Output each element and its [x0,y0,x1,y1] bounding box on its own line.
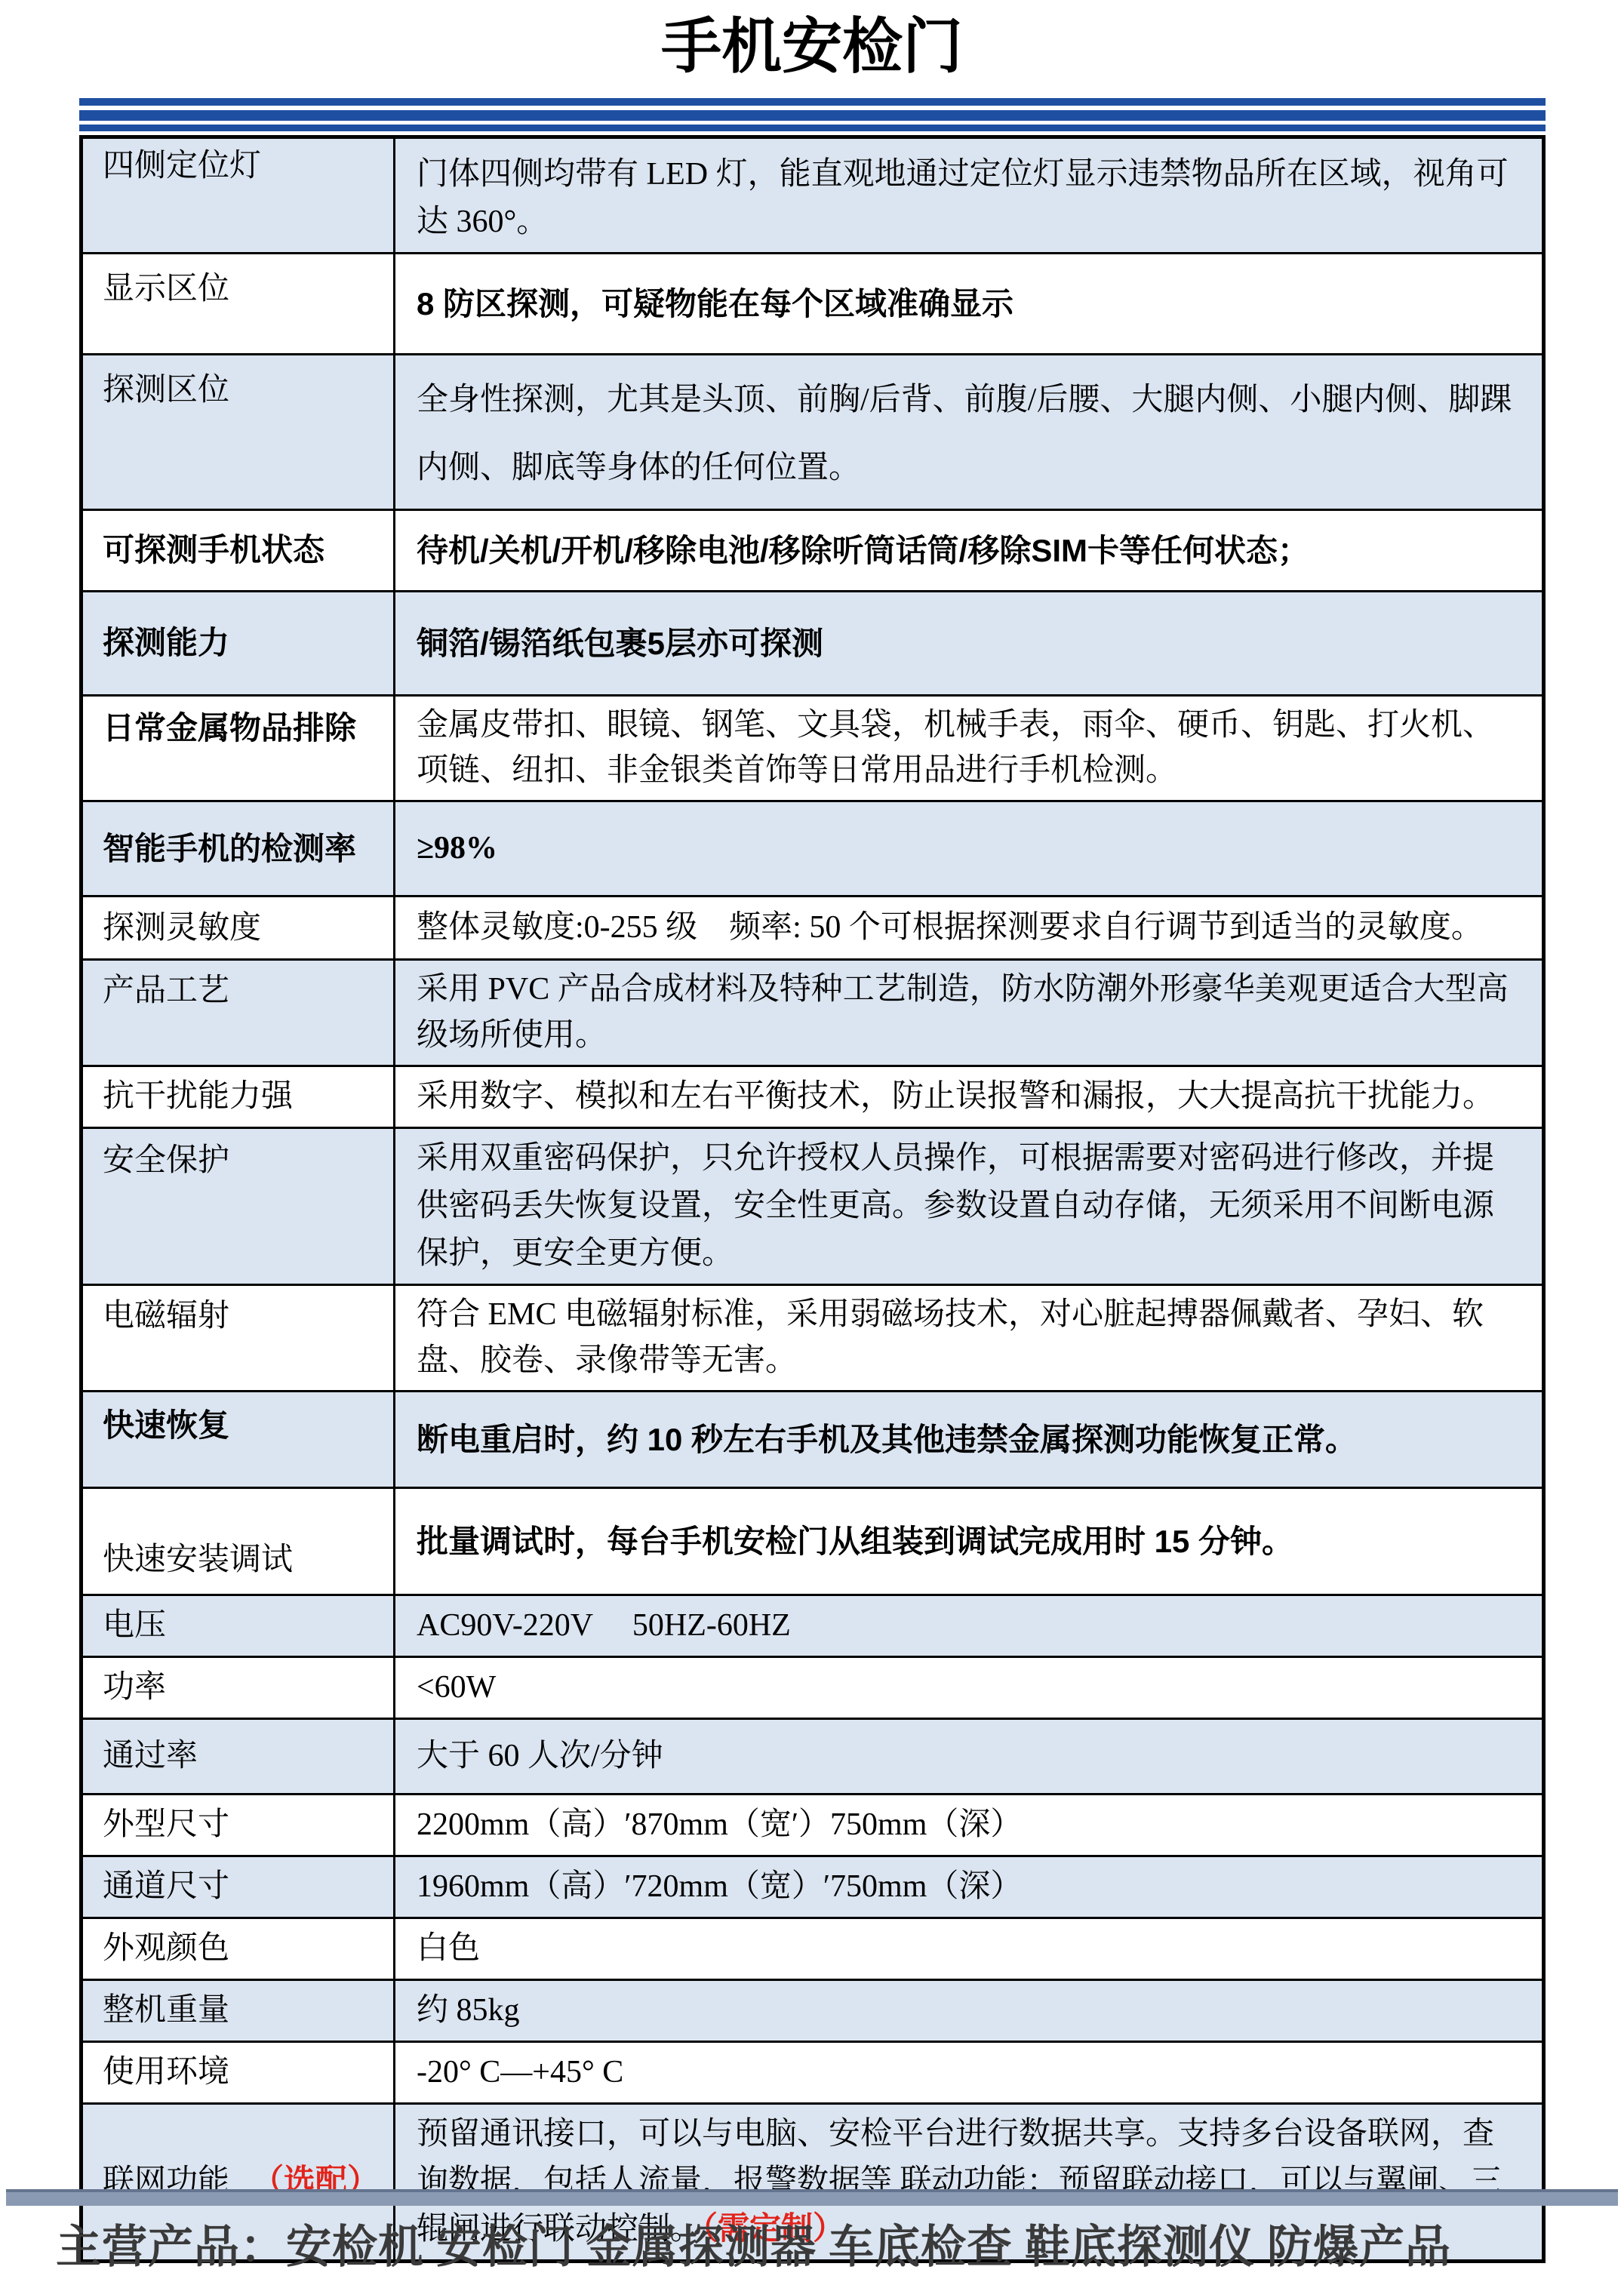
spec-value: 2200mm（高）′870mm（宽′）750mm（深） [395,1795,1544,1856]
spec-label-text: 可探测手机状态 [103,532,324,567]
spec-label-text: 快速恢复 [103,1407,229,1443]
spec-value-text: 2200mm（高）′870mm（宽′）750mm（深） [417,1807,1022,1842]
spec-row: 探测区位全身性探测，尤其是头顶、前胸/后背、前腹/后腰、大腿内侧、小腿内侧、脚踝… [82,355,1544,510]
spec-row: 可探测手机状态待机/关机/开机/移除电池/移除听筒话筒/移除SIM卡等任何状态； [82,509,1544,591]
header-rule-line-1 [79,98,1546,106]
spec-label-text: 显示区位 [103,272,229,306]
spec-value-text: 采用 PVC 产品合成材料及特种工艺制造，防水防潮外形豪华美观更适合大型高级场所… [417,972,1509,1053]
spec-label: 可探测手机状态 [82,509,395,591]
spec-value-text: 待机/关机/开机/移除电池/移除听筒话筒/移除SIM卡等任何状态； [417,533,1309,568]
spec-label-text: 外型尺寸 [103,1807,229,1842]
spec-label: 外观颜色 [82,1918,395,1980]
header-rule [79,98,1546,131]
spec-row: 产品工艺采用 PVC 产品合成材料及特种工艺制造，防水防潮外形豪华美观更适合大型… [82,960,1544,1066]
spec-label-text: 功率 [103,1670,166,1705]
spec-value-text: 采用数字、模拟和左右平衡技术，防止误报警和漏报，大大提高抗干扰能力。 [417,1079,1494,1114]
spec-value-text: 断电重启时，约 10 秒左右手机及其他违禁金属探测功能恢复正常。 [417,1422,1357,1457]
spec-value-text: 符合 EMC 电磁辐射标准，采用弱磁场技术，对心脏起搏器佩戴者、孕妇、软盘、胶卷… [417,1297,1484,1378]
spec-label-text: 探测区位 [103,373,229,407]
spec-row: 智能手机的检测率≥98% [82,801,1544,896]
spec-label-text: 安全保护 [103,1143,229,1178]
footer-divider-bar [6,2189,1618,2206]
spec-value: <60W [395,1657,1544,1719]
spec-label-text: 通过率 [103,1739,198,1773]
spec-label: 使用环境 [82,2042,395,2104]
spec-value-text: AC90V-220V 50HZ-60HZ [417,1608,791,1643]
spec-value-text: 白色 [417,1931,480,1966]
spec-row: 整机重量约 85kg [82,1980,1544,2042]
spec-value: 批量调试时，每台手机安检门从组装到调试完成用时 15 分钟。 [395,1488,1544,1595]
spec-label-text: 通道尺寸 [103,1869,229,1904]
spec-label-text: 日常金属物品排除 [103,710,356,746]
spec-label: 日常金属物品排除 [82,695,395,801]
spec-value: 8 防区探测，可疑物能在每个区域准确显示 [395,254,1544,355]
spec-label: 抗干扰能力强 [82,1066,395,1128]
spec-row: 四侧定位灯门体四侧均带有 LED 灯，能直观地通过定位灯显示违禁物品所在区域，视… [82,137,1544,254]
spec-value-text: 门体四侧均带有 LED 灯，能直观地通过定位灯显示违禁物品所在区域，视角可达 3… [417,157,1509,239]
spec-row: 电磁辐射符合 EMC 电磁辐射标准，采用弱磁场技术，对心脏起搏器佩戴者、孕妇、软… [82,1285,1544,1392]
spec-value-text: <60W [417,1670,496,1705]
spec-label-text: 四侧定位灯 [103,149,261,183]
spec-value-text: 整体灵敏度:0-255 级 频率: 50 个可根据探测要求自行调节到适当的灵敏度… [417,910,1483,945]
spec-label-text: 智能手机的检测率 [103,831,356,866]
spec-value: 采用双重密码保护，只允许授权人员操作，可根据需要对密码进行修改，并提供密码丢失恢… [395,1128,1544,1285]
spec-value: 待机/关机/开机/移除电池/移除听筒话筒/移除SIM卡等任何状态； [395,509,1544,591]
spec-label-text: 抗干扰能力强 [103,1079,293,1114]
spec-value: ≥98% [395,801,1544,896]
spec-label-text: 产品工艺 [103,973,229,1008]
spec-value-text: 铜箔/锡箔纸包裹5层亦可探测 [417,626,823,661]
spec-value: 断电重启时，约 10 秒左右手机及其他违禁金属探测功能恢复正常。 [395,1392,1544,1488]
spec-row: 外观颜色白色 [82,1918,1544,1980]
spec-label-text: 使用环境 [103,2055,229,2090]
spec-label: 探测区位 [82,355,395,510]
spec-label: 探测灵敏度 [82,896,395,960]
spec-value-text: 全身性探测，尤其是头顶、前胸/后背、前腹/后腰、大腿内侧、小腿内侧、脚踝内侧、脚… [417,383,1512,485]
spec-label-text: 电压 [103,1608,166,1643]
spec-label: 外型尺寸 [82,1795,395,1856]
spec-value-text: 8 防区探测，可疑物能在每个区域准确显示 [417,286,1013,321]
spec-value: 采用 PVC 产品合成材料及特种工艺制造，防水防潮外形豪华美观更适合大型高级场所… [395,960,1544,1066]
spec-row: 探测能力铜箔/锡箔纸包裹5层亦可探测 [82,591,1544,695]
spec-label: 快速恢复 [82,1392,395,1488]
spec-label: 电磁辐射 [82,1285,395,1392]
spec-value-text: 金属皮带扣、眼镜、钢笔、文具袋，机械手表，雨伞、硬币、钥匙、打火机、项链、纽扣、… [417,708,1494,789]
spec-label-text: 外观颜色 [103,1931,229,1966]
spec-value: 整体灵敏度:0-255 级 频率: 50 个可根据探测要求自行调节到适当的灵敏度… [395,896,1544,960]
spec-row: 探测灵敏度整体灵敏度:0-255 级 频率: 50 个可根据探测要求自行调节到适… [82,896,1544,960]
spec-row: 使用环境-20° C—+45° C [82,2042,1544,2104]
spec-label: 智能手机的检测率 [82,801,395,896]
spec-label-text: 探测灵敏度 [103,911,261,946]
spec-label: 通道尺寸 [82,1856,395,1918]
spec-label: 快速安装调试 [82,1488,395,1595]
spec-value: 门体四侧均带有 LED 灯，能直观地通过定位灯显示违禁物品所在区域，视角可达 3… [395,137,1544,254]
spec-value: 采用数字、模拟和左右平衡技术，防止误报警和漏报，大大提高抗干扰能力。 [395,1066,1544,1128]
spec-label: 电压 [82,1595,395,1657]
spec-label: 产品工艺 [82,960,395,1066]
spec-table: 四侧定位灯门体四侧均带有 LED 灯，能直观地通过定位灯显示违禁物品所在区域，视… [79,135,1546,2263]
spec-label: 整机重量 [82,1980,395,2042]
spec-row: 快速安装调试批量调试时，每台手机安检门从组装到调试完成用时 15 分钟。 [82,1488,1544,1595]
footer-products-text: 主营产品：安检机 安检门 金属探测器 车底检查 鞋底探测仪 防爆产品 [56,2211,1565,2276]
spec-row: 日常金属物品排除金属皮带扣、眼镜、钢笔、文具袋，机械手表，雨伞、硬币、钥匙、打火… [82,695,1544,801]
spec-row: 外型尺寸2200mm（高）′870mm（宽′）750mm（深） [82,1795,1544,1856]
spec-value-text: 大于 60 人次/分钟 [417,1739,663,1773]
header-rule-line-3 [79,125,1546,131]
spec-label: 安全保护 [82,1128,395,1285]
spec-value: AC90V-220V 50HZ-60HZ [395,1595,1544,1657]
spec-value: 铜箔/锡箔纸包裹5层亦可探测 [395,591,1544,695]
spec-value: -20° C—+45° C [395,2042,1544,2104]
spec-row: 功率<60W [82,1657,1544,1719]
spec-row: 安全保护采用双重密码保护，只允许授权人员操作，可根据需要对密码进行修改，并提供密… [82,1128,1544,1285]
spec-value-text: 采用双重密码保护，只允许授权人员操作，可根据需要对密码进行修改，并提供密码丢失恢… [417,1141,1494,1271]
spec-table-body: 四侧定位灯门体四侧均带有 LED 灯，能直观地通过定位灯显示违禁物品所在区域，视… [82,137,1544,2262]
spec-label-text: 整机重量 [103,1993,229,2028]
spec-label: 通过率 [82,1719,395,1795]
spec-row: 快速恢复断电重启时，约 10 秒左右手机及其他违禁金属探测功能恢复正常。 [82,1392,1544,1488]
spec-row: 通道尺寸1960mm（高）′720mm（宽）′750mm（深） [82,1856,1544,1918]
spec-label-text: 探测能力 [103,625,229,660]
spec-label: 显示区位 [82,254,395,355]
spec-value: 白色 [395,1918,1544,1980]
spec-value: 大于 60 人次/分钟 [395,1719,1544,1795]
spec-row: 抗干扰能力强采用数字、模拟和左右平衡技术，防止误报警和漏报，大大提高抗干扰能力。 [82,1066,1544,1128]
spec-label: 四侧定位灯 [82,137,395,254]
spec-value-text: 1960mm（高）′720mm（宽）′750mm（深） [417,1869,1022,1904]
spec-label-text: 电磁辐射 [103,1299,229,1333]
spec-value-text: 约 85kg [417,1993,520,2028]
spec-value: 金属皮带扣、眼镜、钢笔、文具袋，机械手表，雨伞、硬币、钥匙、打火机、项链、纽扣、… [395,695,1544,801]
spec-label: 探测能力 [82,591,395,695]
spec-label-text: 快速安装调试 [103,1542,293,1577]
spec-value-text: -20° C—+45° C [417,2055,623,2090]
page-title: 手机安检门 [0,0,1624,95]
spec-row: 通过率大于 60 人次/分钟 [82,1719,1544,1795]
spec-value-text: 批量调试时，每台手机安检门从组装到调试完成用时 15 分钟。 [417,1524,1293,1559]
spec-value-text: ≥98% [417,831,497,866]
spec-sheet-page: 手机安检门 四侧定位灯门体四侧均带有 LED 灯，能直观地通过定位灯显示违禁物品… [0,0,1624,2282]
spec-label: 功率 [82,1657,395,1719]
spec-value: 全身性探测，尤其是头顶、前胸/后背、前腹/后腰、大腿内侧、小腿内侧、脚踝内侧、脚… [395,355,1544,510]
spec-row: 电压AC90V-220V 50HZ-60HZ [82,1595,1544,1657]
spec-value: 约 85kg [395,1980,1544,2042]
header-rule-line-2 [79,110,1546,121]
spec-row: 显示区位8 防区探测，可疑物能在每个区域准确显示 [82,254,1544,355]
spec-value: 1960mm（高）′720mm（宽）′750mm（深） [395,1856,1544,1918]
spec-value: 符合 EMC 电磁辐射标准，采用弱磁场技术，对心脏起搏器佩戴者、孕妇、软盘、胶卷… [395,1285,1544,1392]
